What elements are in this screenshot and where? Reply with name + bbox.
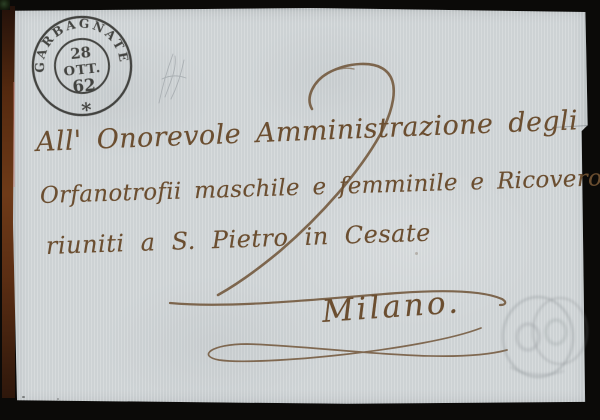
datestamp-star-ornament: * [80, 98, 93, 120]
arrival-datestamp-faint [498, 287, 593, 387]
datestamp-day: 28 [70, 44, 92, 63]
manuscript-rate-numeral [150, 55, 520, 320]
signature-flourish [195, 322, 525, 388]
garbagnate-datestamp: GARBAGNATE 28 OTT. 62 * [28, 12, 136, 120]
datestamp-year: 62 [71, 74, 96, 96]
paper-speck [22, 396, 25, 398]
corner-artifact [0, 0, 10, 10]
paper-edge-tint [13, 82, 15, 187]
paper-speck [415, 252, 418, 255]
letter-cover-scan: GARBAGNATE 28 OTT. 62 * All' Onorevole A… [0, 0, 600, 420]
paper-speck [57, 398, 59, 400]
wood-edge-background [2, 6, 15, 398]
